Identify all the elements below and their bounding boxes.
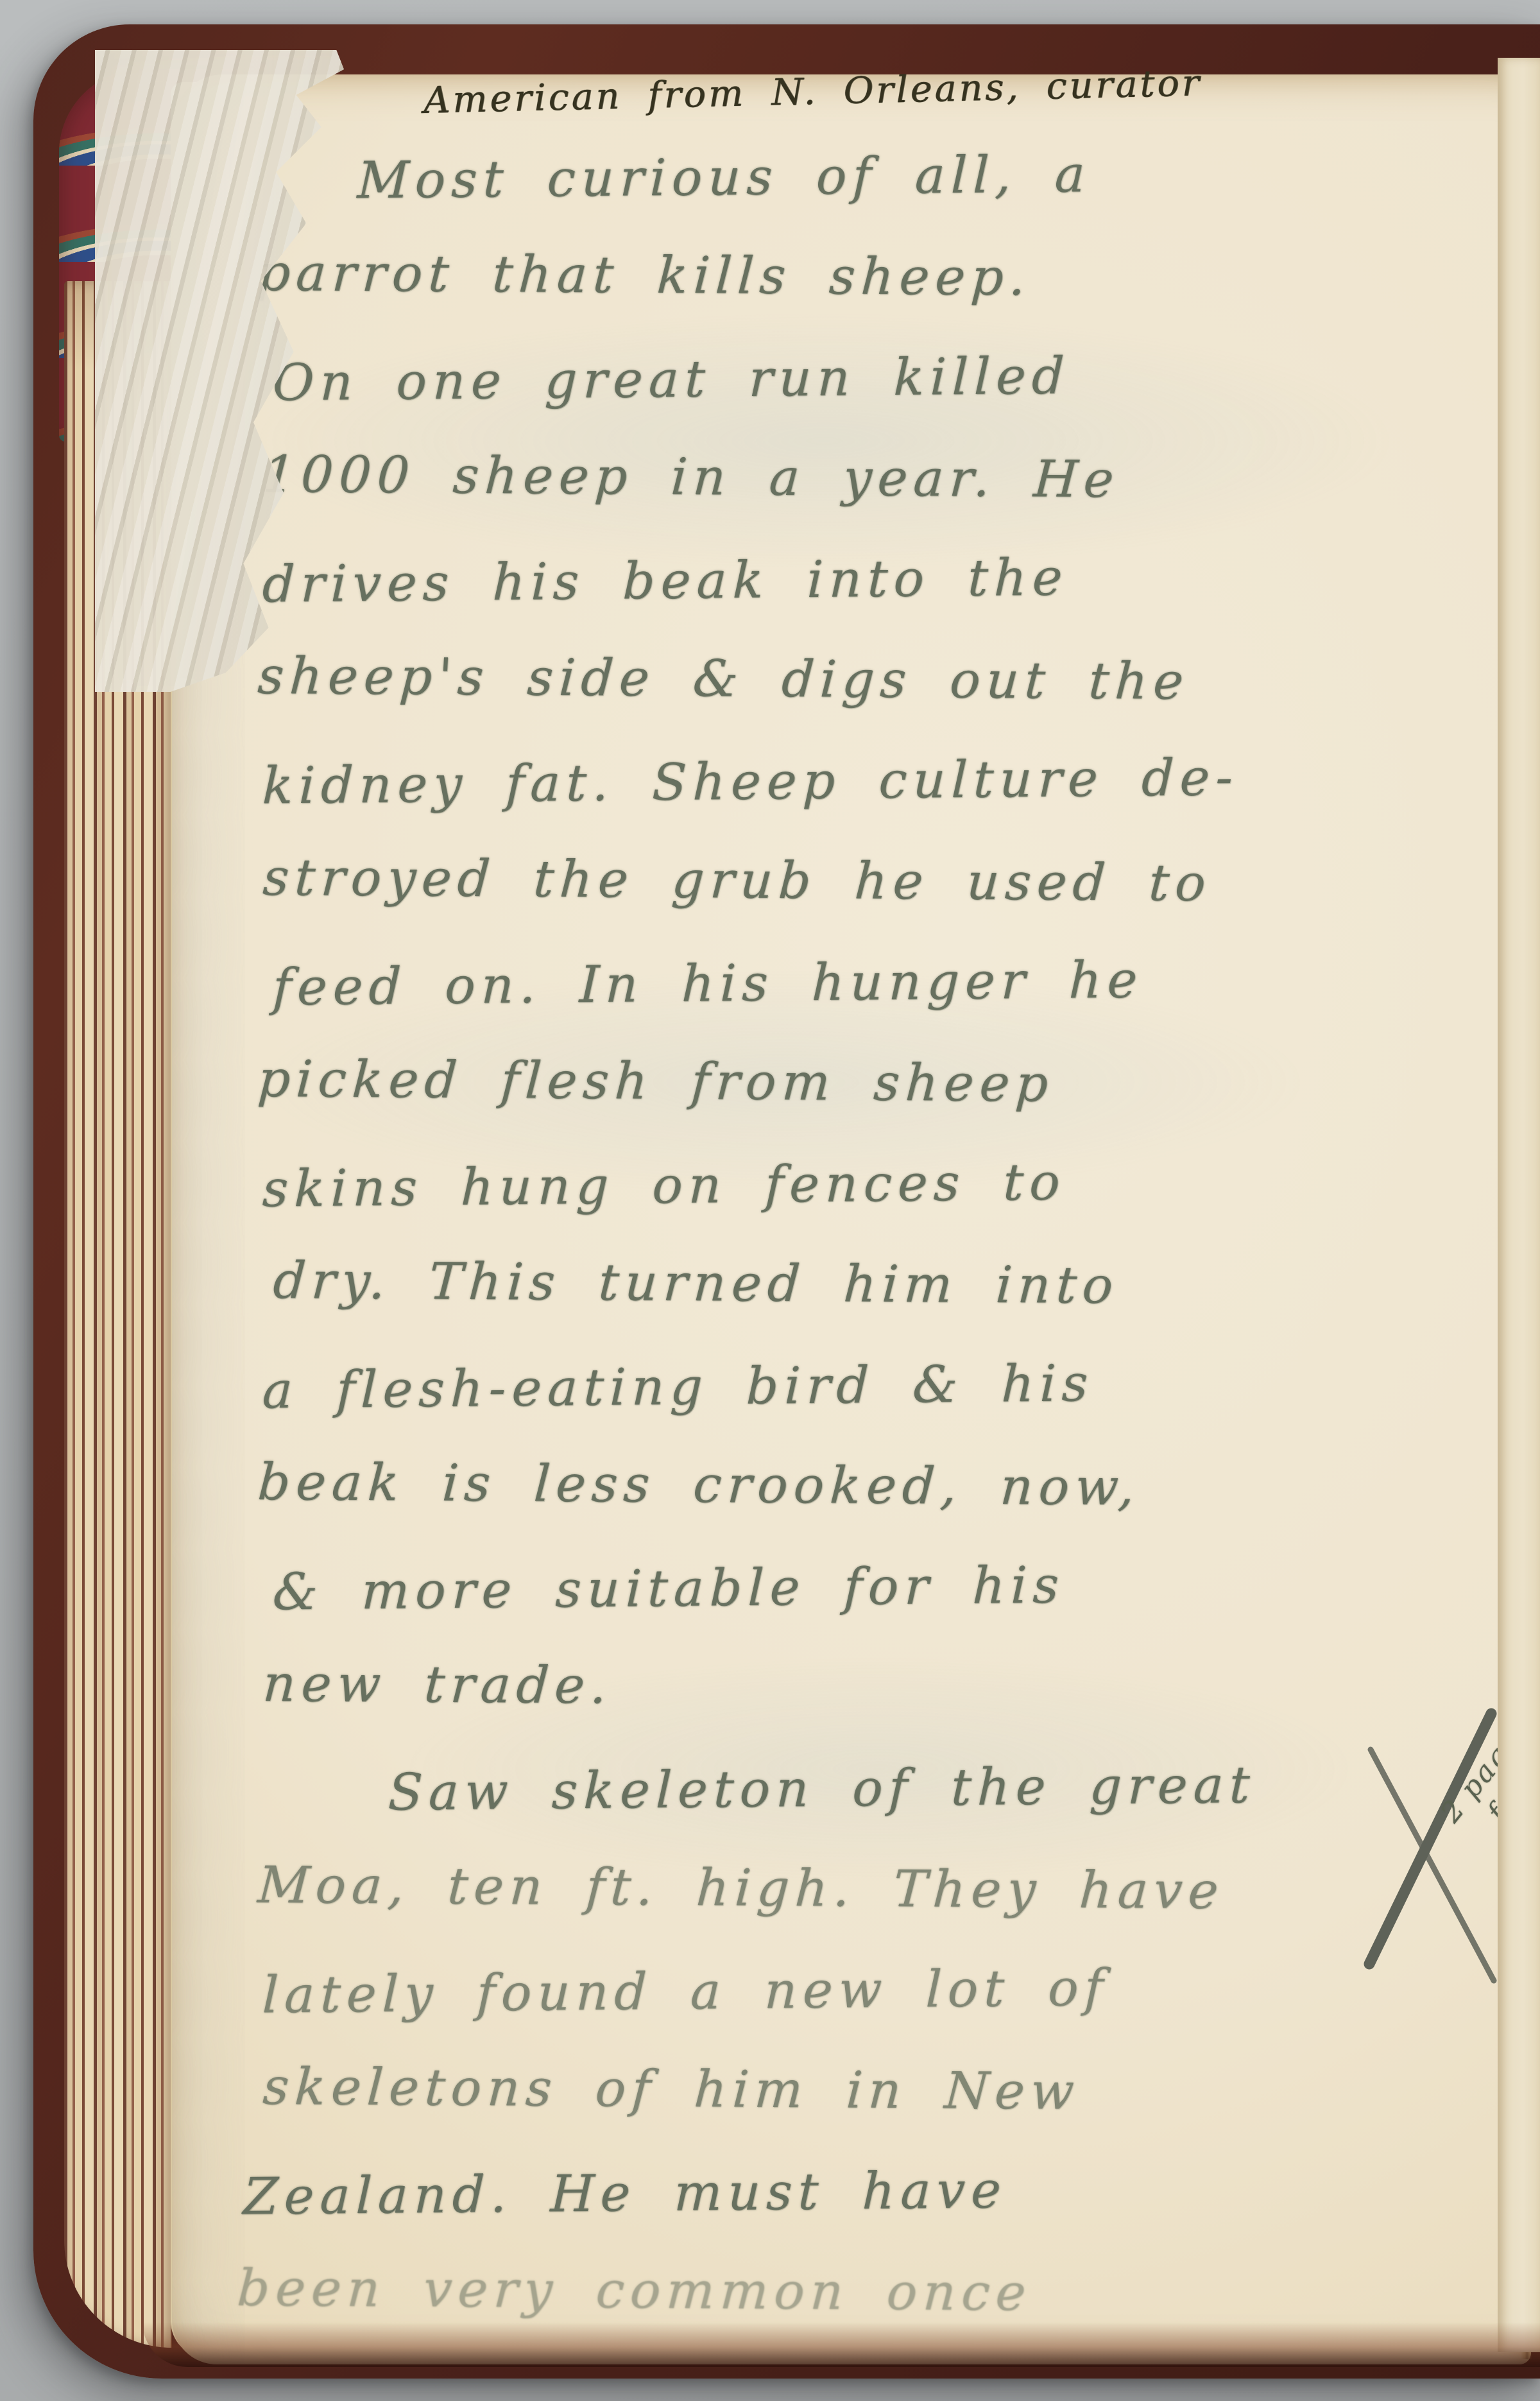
notebook: American from N. Orleans, curator Most c… bbox=[33, 24, 1540, 2379]
handwritten-line: Most curious of all, a bbox=[261, 141, 1516, 252]
handwritten-line: sheep's side & digs out the bbox=[253, 646, 1517, 755]
handwritten-line: drives his beak into the bbox=[261, 544, 1516, 655]
handwritten-line: skeletons of him in New bbox=[259, 2057, 1517, 2165]
handwritten-line: Saw skeleton of the great bbox=[261, 1753, 1516, 1864]
handwritten-line: & more suitable for his bbox=[271, 1552, 1516, 1664]
adjacent-page-edge bbox=[1498, 58, 1540, 2352]
handwritten-line: kidney fat. Sheep culture de- bbox=[261, 745, 1516, 857]
handwritten-line: dry. This turned him into bbox=[269, 1251, 1517, 1359]
handwritten-line: parrot that kills sheep. bbox=[253, 243, 1517, 352]
handwritten-line: stroyed the grub he used to bbox=[259, 848, 1517, 956]
handwritten-line: beak is less crooked, now, bbox=[253, 1452, 1517, 1561]
handwritten-line: feed on. In his hunger he bbox=[271, 947, 1516, 1059]
handwritten-line: On one great run killed bbox=[271, 343, 1516, 454]
handwritten-line: skins hung on fences to bbox=[261, 1148, 1516, 1260]
handwritten-line: Moa, ten ft. high. They have bbox=[253, 1855, 1517, 1964]
photo-backdrop: American from N. Orleans, curator Most c… bbox=[0, 0, 1540, 2401]
book-bottom-rim bbox=[142, 2322, 1540, 2367]
handwritten-line: 1000 sheep in a year. He bbox=[259, 445, 1517, 553]
notebook-page: American from N. Orleans, curator Most c… bbox=[172, 74, 1531, 2364]
handwriting-block: Most curious of all, a parrot that kills… bbox=[262, 146, 1514, 2363]
handwritten-line: picked flesh from sheep bbox=[253, 1049, 1517, 1158]
handwritten-line: new trade. bbox=[259, 1654, 1517, 1762]
handwritten-line: Zealand. He must have bbox=[241, 2156, 1516, 2268]
handwritten-line: lately found a new lot of bbox=[261, 1954, 1516, 2066]
handwritten-line: a flesh-eating bird & his bbox=[261, 1350, 1516, 1461]
ink-annotation: American from N. Orleans, curator bbox=[423, 54, 1540, 122]
